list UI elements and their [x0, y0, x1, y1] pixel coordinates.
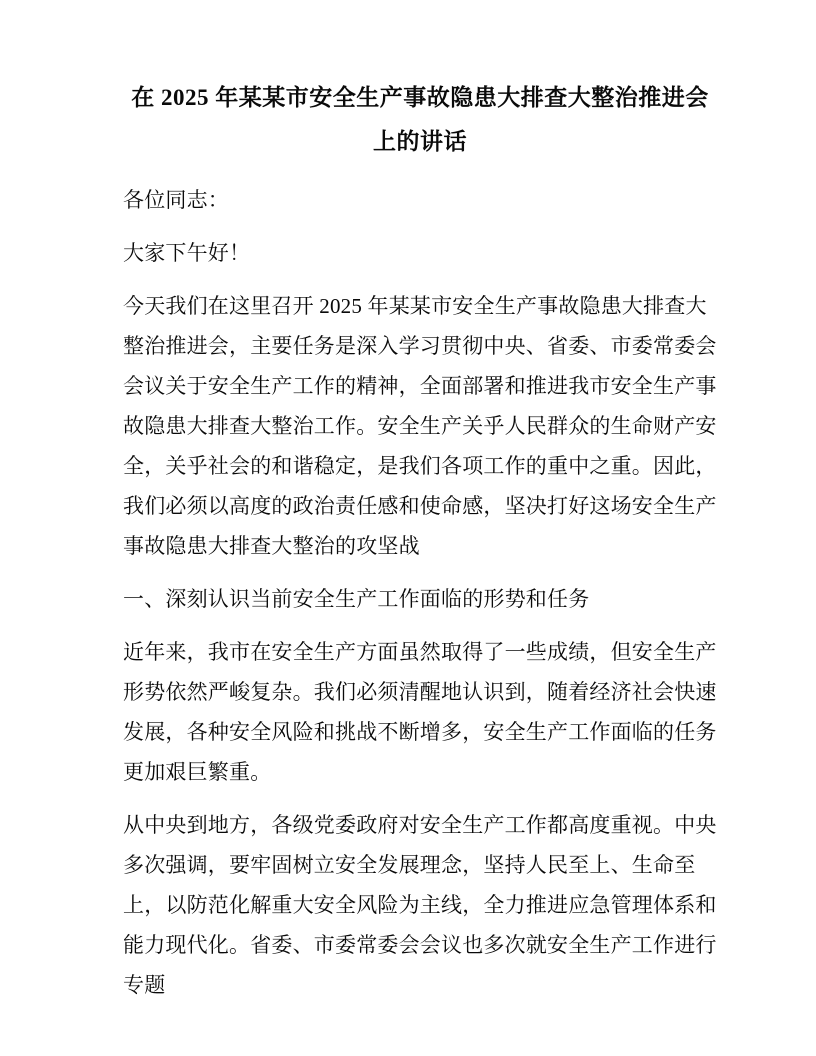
paragraph-greeting: 大家下午好！	[123, 233, 717, 273]
paragraph-central-requirements: 从中央到地方，各级党委政府对安全生产工作都高度重视。中央多次强调，要牢固树立安全…	[123, 805, 717, 1005]
document-page: 在 2025 年某某市安全生产事故隐患大排查大整治推进会上的讲话 各位同志： 大…	[0, 0, 816, 1056]
paragraph-salutation: 各位同志：	[123, 180, 717, 220]
paragraph-meeting-intro: 今天我们在这里召开 2025 年某某市安全生产事故隐患大排查大整治推进会，主要任…	[123, 286, 717, 566]
section-heading-1: 一、深刻认识当前安全生产工作面临的形势和任务	[123, 579, 717, 619]
document-title: 在 2025 年某某市安全生产事故隐患大排查大整治推进会上的讲话	[123, 76, 717, 164]
paragraph-situation-analysis: 近年来，我市在安全生产方面虽然取得了一些成绩，但安全生产形势依然严峻复杂。我们必…	[123, 632, 717, 792]
